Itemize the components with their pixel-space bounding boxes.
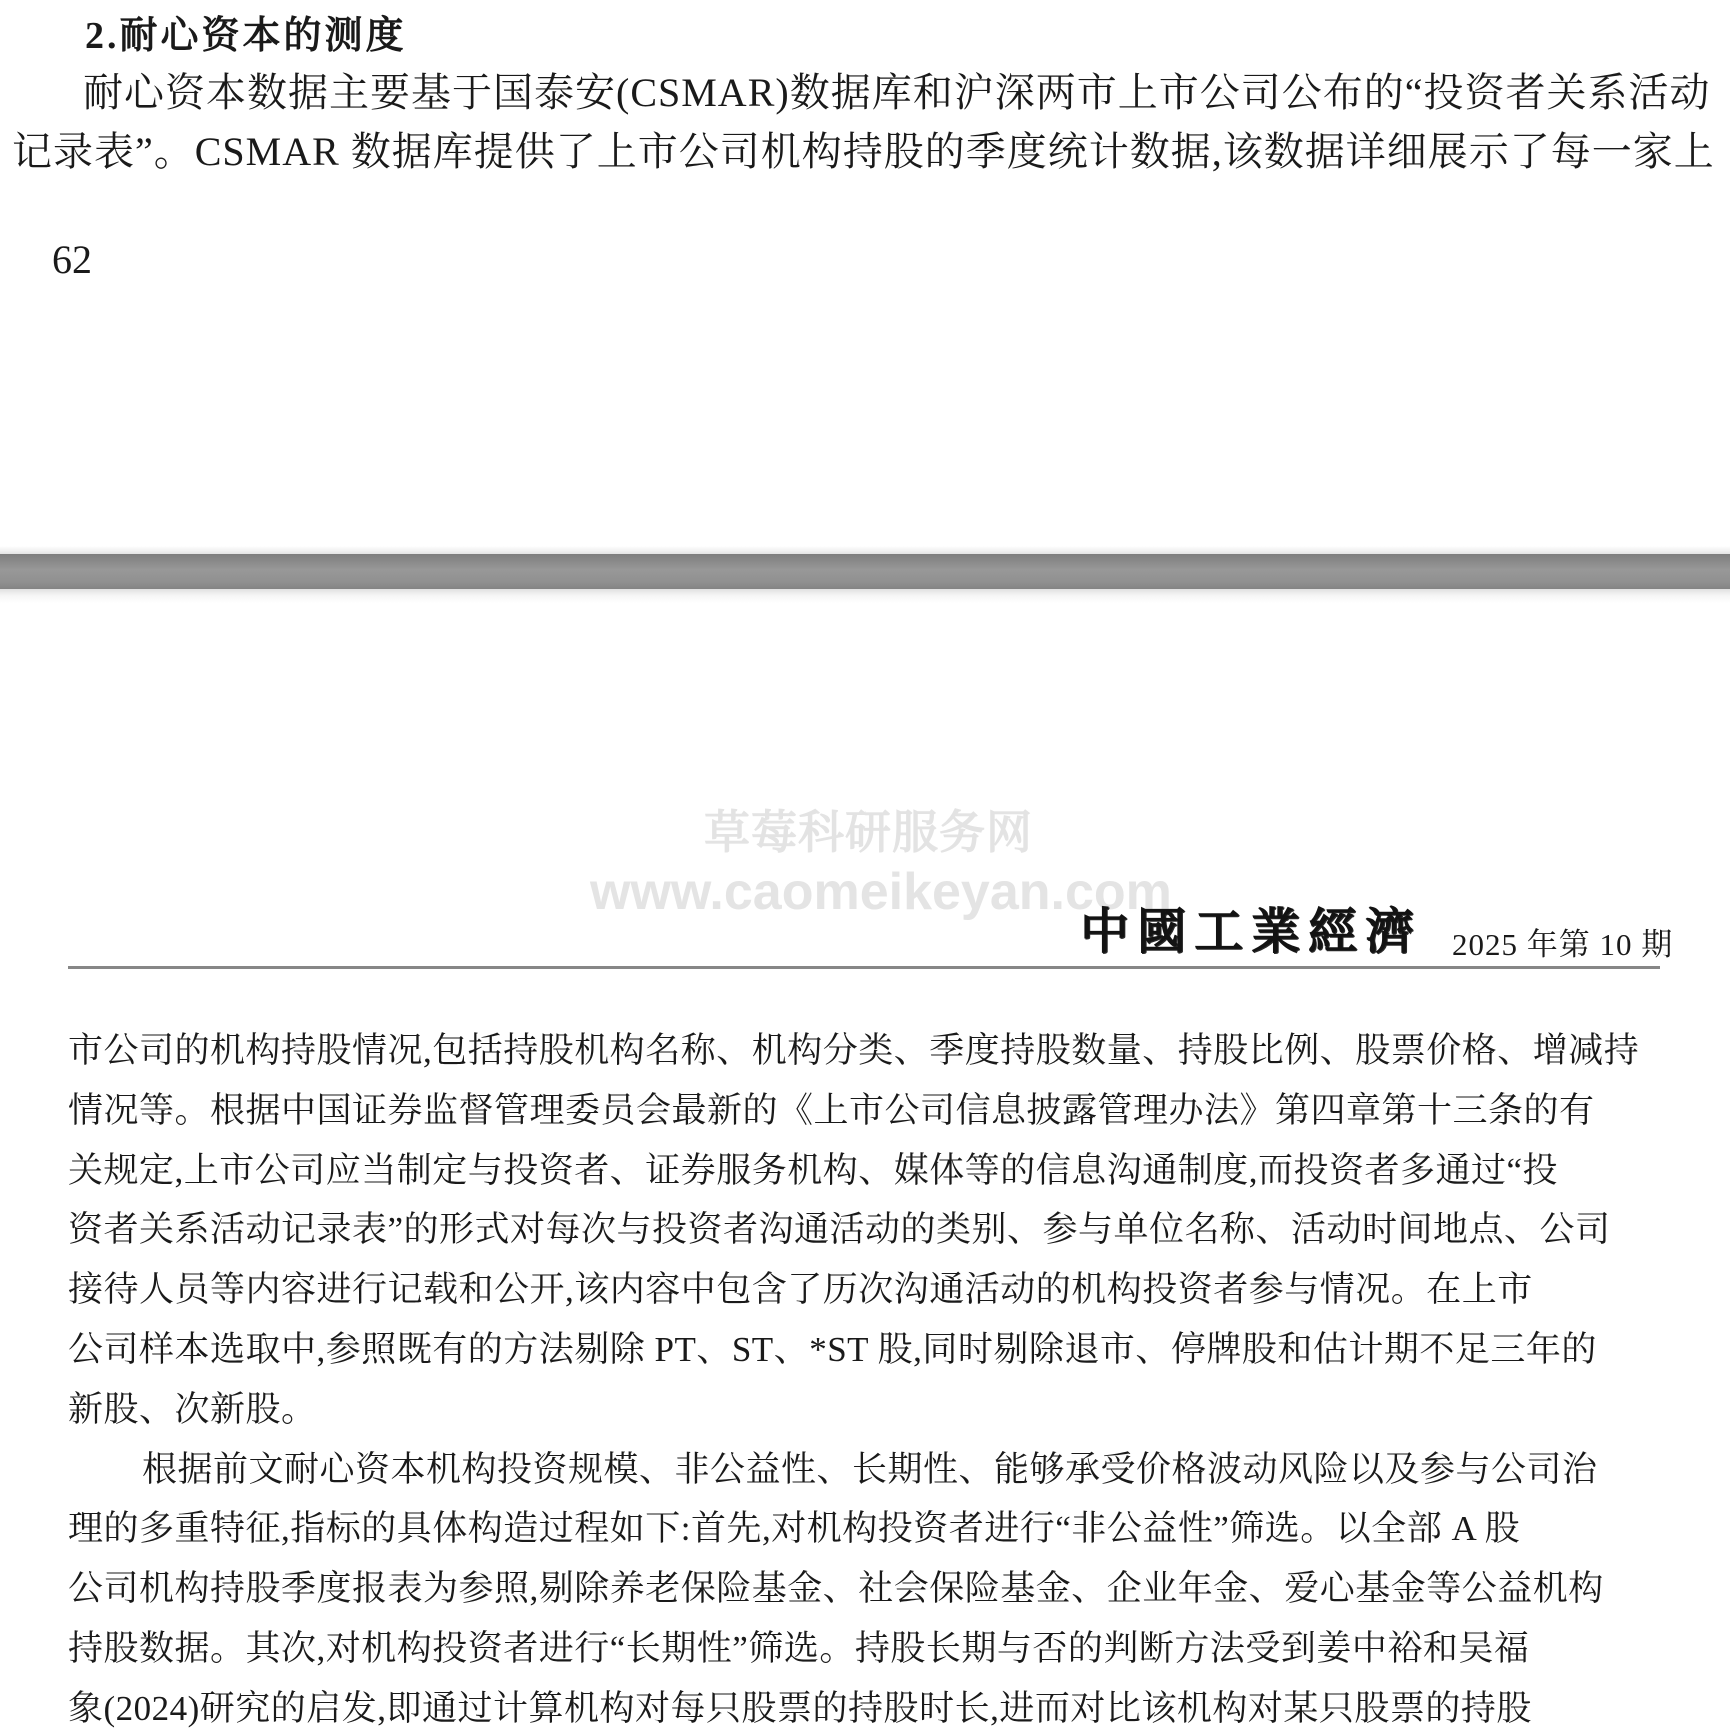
section-heading: 2.耐心资本的测度 [85,17,407,55]
body-line: 情况等。根据中国证券监督管理委员会最新的《上市公司信息披露管理办法》第四章第十三… [68,1081,1668,1141]
body-line: 接待人员等内容进行记载和公开,该内容中包含了历次沟通活动的机构投资者参与情况。在… [68,1260,1668,1320]
separator-bar [0,554,1730,589]
body-line: 象(2024)研究的启发,即通过计算机构对每只股票的持股时长,进而对比该机构对某… [68,1679,1668,1734]
journal-issue-label: 2025 年第 10 期 [1452,929,1673,960]
body-line: 关规定,上市公司应当制定与投资者、证券服务机构、媒体等的信息沟通制度,而投资者多… [68,1141,1668,1201]
paragraph-line: 耐心资本数据主要基于国泰安(CSMAR)数据库和沪深两市上市公司公布的“投资者关… [83,73,1710,113]
journal-logo: 中國工業經濟 [1080,907,1422,956]
body-text-block: 市公司的机构持股情况,包括持股机构名称、机构分类、季度持股数量、持股比例、股票价… [68,1021,1668,1734]
body-line: 理的多重特征,指标的具体构造过程如下:首先,对机构投资者进行“非公益性”筛选。以… [68,1499,1668,1559]
body-line-paragraph-start: 根据前文耐心资本机构投资规模、非公益性、长期性、能够承受价格波动风险以及参与公司… [68,1440,1668,1500]
document-viewport: 2.耐心资本的测度 耐心资本数据主要基于国泰安(CSMAR)数据库和沪深两市上市… [0,0,1730,1734]
body-line: 新股、次新股。 [68,1380,1668,1440]
paragraph-line: 记录表”。CSMAR 数据库提供了上市公司机构持股的季度统计数据,该数据详细展示… [12,132,1715,172]
header-rule [68,966,1660,969]
body-line: 公司样本选取中,参照既有的方法剔除 PT、ST、*ST 股,同时剔除退市、停牌股… [68,1320,1668,1380]
body-line: 市公司的机构持股情况,包括持股机构名称、机构分类、季度持股数量、持股比例、股票价… [68,1021,1668,1081]
page-top-edge-shadow [0,589,1730,603]
body-line: 持股数据。其次,对机构投资者进行“长期性”筛选。持股长期与否的判断方法受到姜中裕… [68,1619,1668,1679]
page-number: 62 [52,240,92,280]
page-bottom-edge-shadow [0,546,1730,554]
body-line: 资者关系活动记录表”的形式对每次与投资者沟通活动的类别、参与单位名称、活动时间地… [68,1200,1668,1260]
watermark-site-name: 草莓科研服务网 [704,809,1033,855]
body-line: 公司机构持股季度报表为参照,剔除养老保险基金、社会保险基金、企业年金、爱心基金等… [68,1559,1668,1619]
